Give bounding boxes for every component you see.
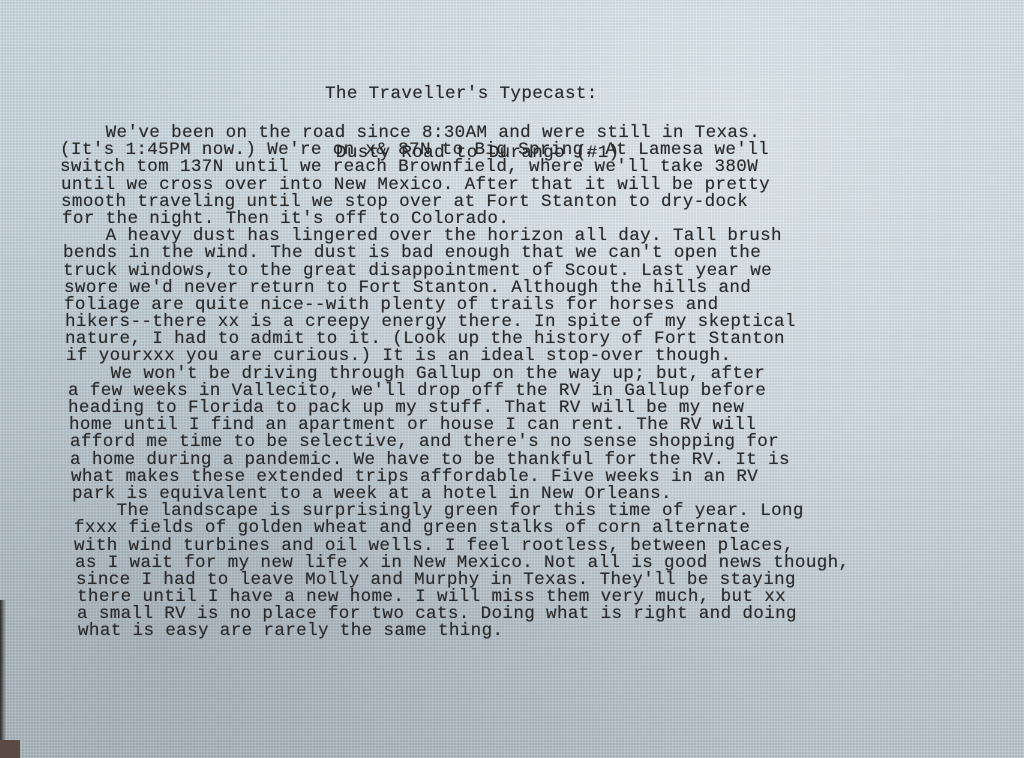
document-body: We've been on the road since 8:30AM and …	[62, 125, 836, 641]
title-line: The Traveller's Typecast:	[325, 84, 620, 101]
typewritten-paper: The Traveller's Typecast: Dusty Road to …	[0, 0, 1024, 758]
body-line: what is easy are rarely the same thing.	[78, 623, 852, 640]
paper-edge-shadow	[0, 600, 6, 740]
background-surface	[0, 740, 20, 758]
